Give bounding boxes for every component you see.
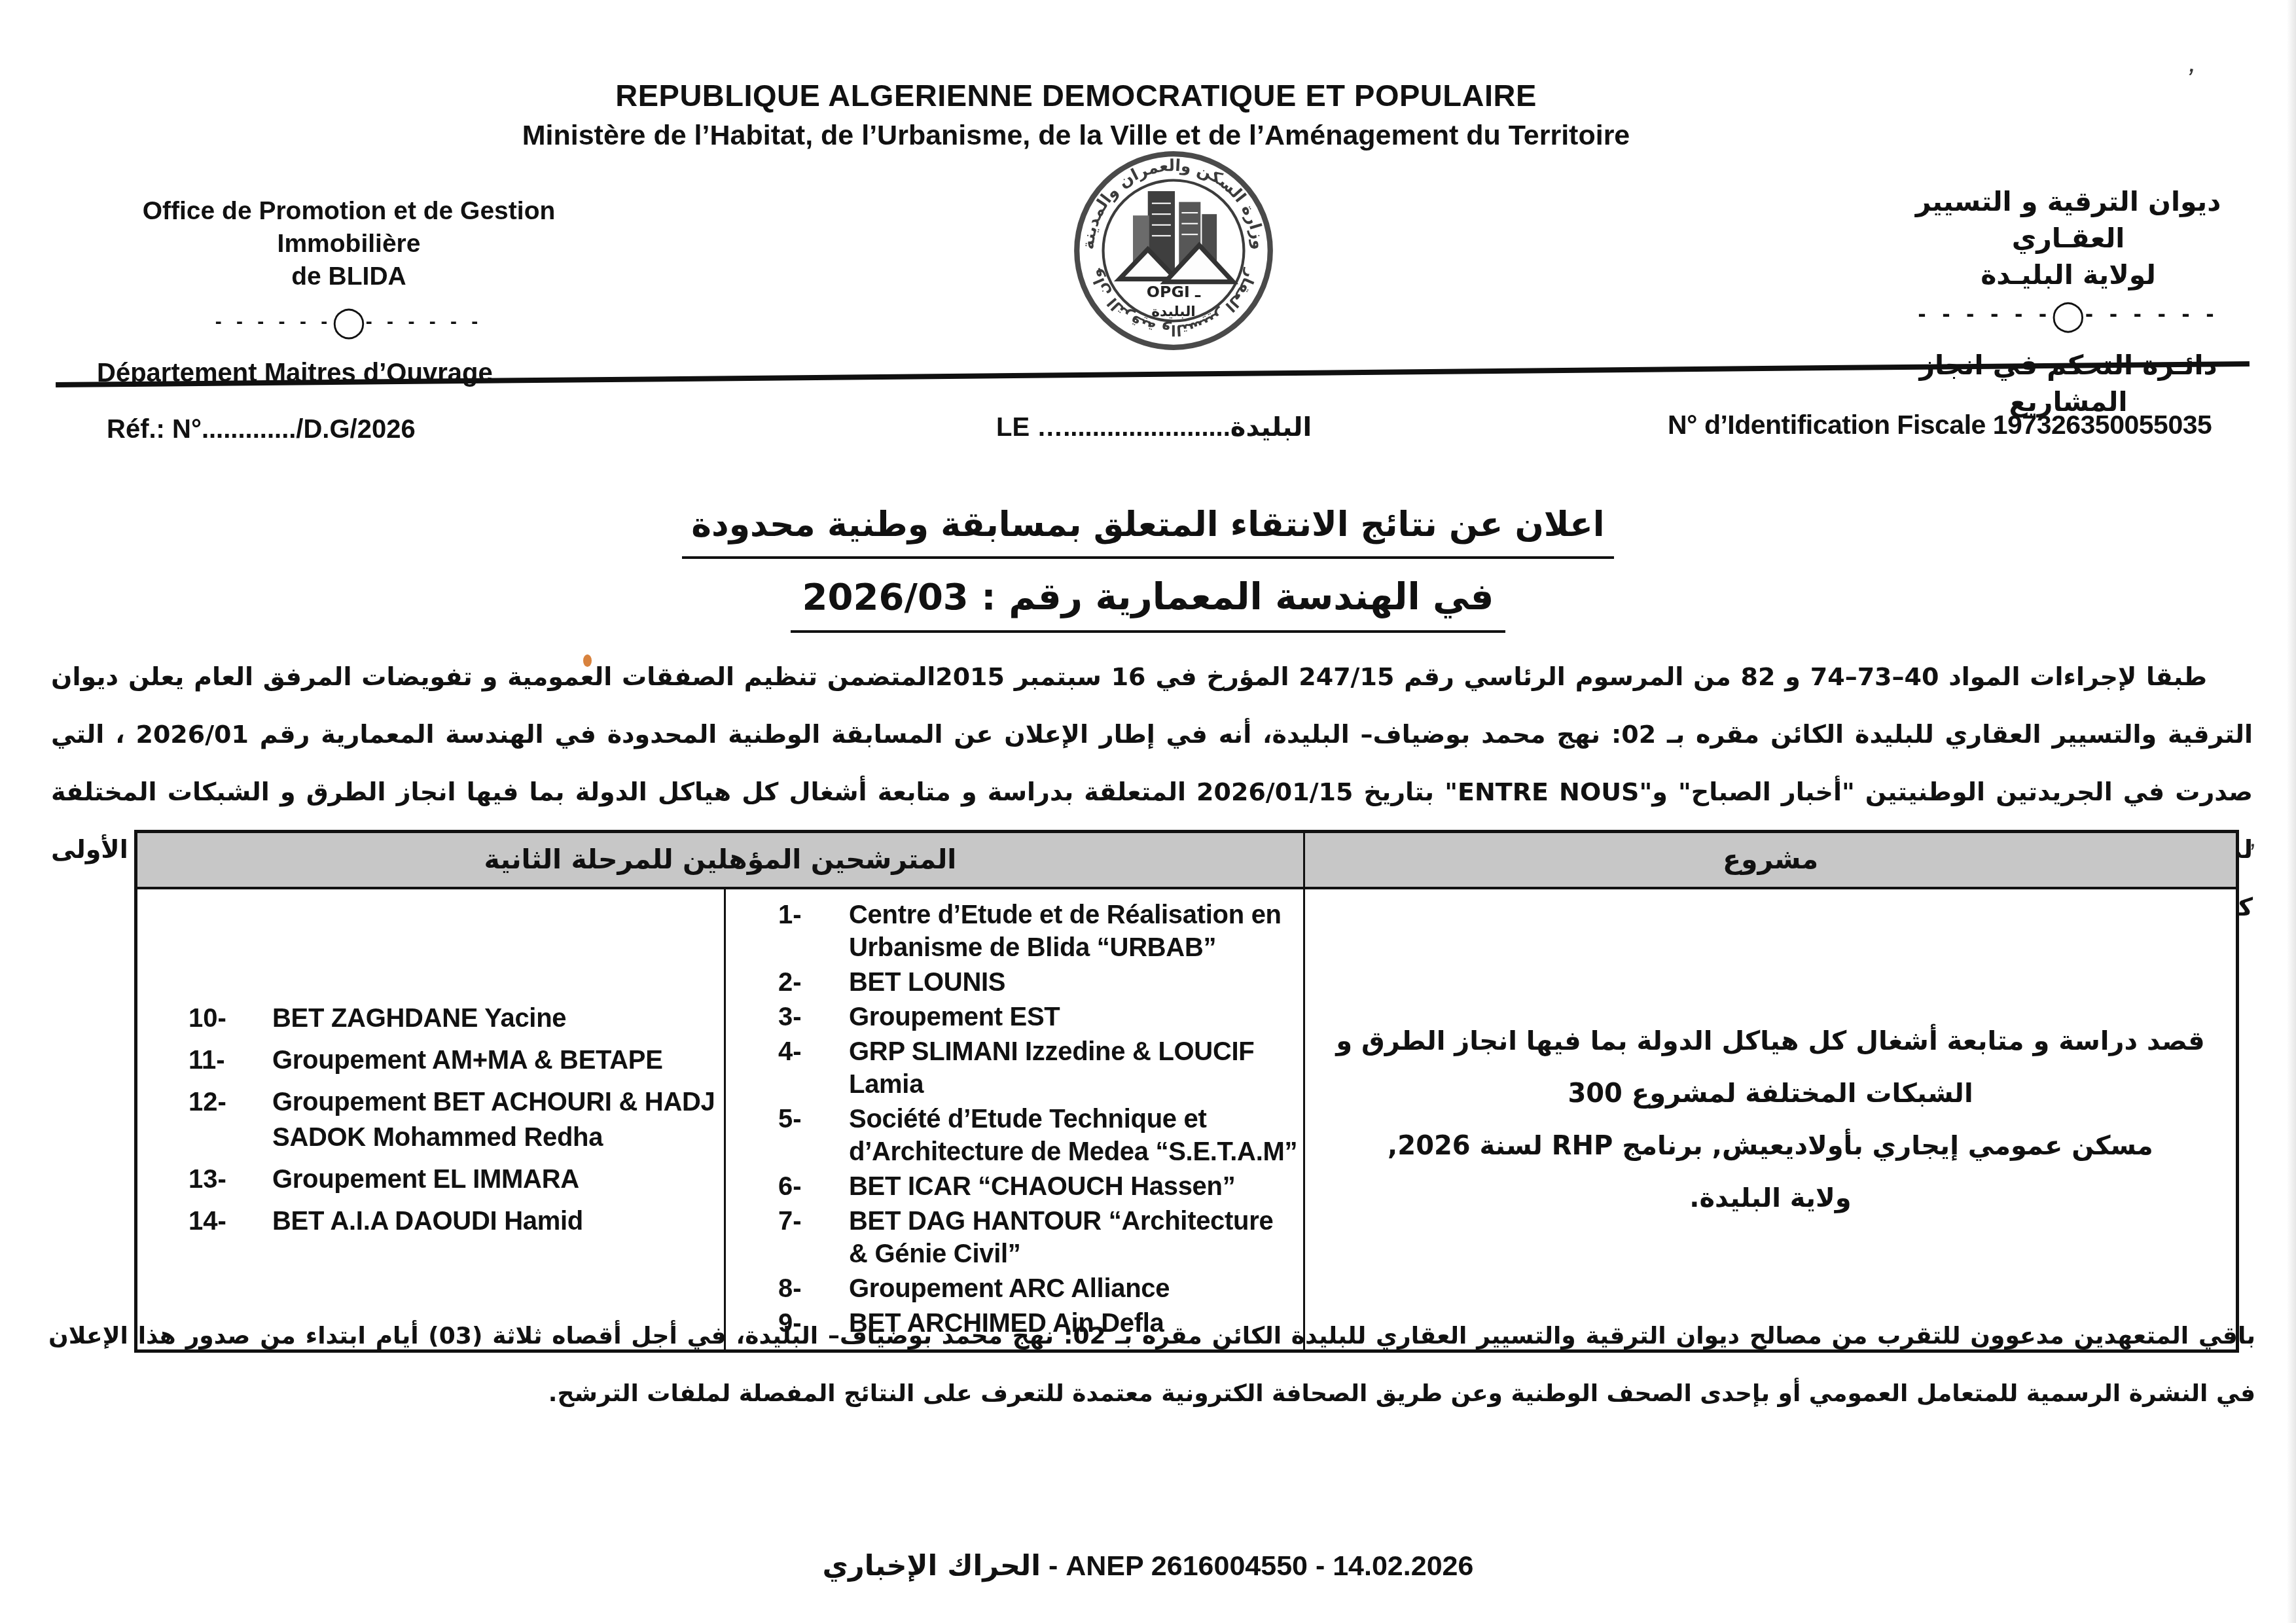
seal-city-text: البليدة <box>1151 304 1195 320</box>
separator-dashes: - - - - - - <box>215 311 332 332</box>
candidate-item: 3-Groupement EST <box>778 1001 1300 1033</box>
dash-circle-separator: - - - - - -◯- - - - - - <box>1878 297 2258 332</box>
candidate-item: 6-BET ICAR “CHAOUCH Hassen” <box>778 1170 1300 1203</box>
closing-paragraph: باقي المتعهدين مدعوون للتقرب من مصالح دي… <box>48 1308 2255 1423</box>
ministry-subtitle: Ministère de l’Habitat, de l’Urbanisme, … <box>0 120 2152 152</box>
item-text: Groupement BET ACHOURI & HADJ SADOK Moha… <box>272 1084 720 1155</box>
opgi-seal-logo: OPGI ـ البليدة وزارة السكن والعمران والم… <box>1072 149 1275 352</box>
project-line: قصد دراسة و متابعة أشغال كل هياكل الدولة… <box>1322 1015 2219 1120</box>
header-project-cell: مشروع <box>1303 833 2236 887</box>
seal-opgi-text: OPGI ـ <box>1147 283 1201 301</box>
item-number: 10- <box>188 1001 272 1036</box>
separator-dashes: - - - - - - <box>1918 304 2051 327</box>
scan-edge-shadow <box>2287 0 2296 1623</box>
scanned-announcement-page: REPUBLIQUE ALGERIENNE DEMOCRATIQUE ET PO… <box>0 0 2296 1623</box>
candidate-item: 7-BET DAG HANTOUR “Architecture & Génie … <box>778 1205 1300 1270</box>
item-number: 4- <box>778 1035 849 1101</box>
opgi-seal-icon: OPGI ـ البليدة وزارة السكن والعمران والم… <box>1072 149 1275 352</box>
anep-footer: الحراك الإخباري - ANEP 2616004550 - 14.0… <box>0 1550 2296 1582</box>
candidate-item: 10-BET ZAGHDANE Yacine <box>188 1001 720 1036</box>
candidates-column-1-9: 1-Centre d’Etude et de Réalisation en Ur… <box>724 889 1303 1349</box>
announcement-title-line2-wrap: في الهندسة المعمارية رقم : 2026/03 <box>0 576 2296 633</box>
scan-artifact-mark: ’ <box>2182 63 2197 96</box>
office-name-ar-line2: لولاية البليـدة <box>1878 257 2258 293</box>
office-name-line2: de BLIDA <box>97 260 601 293</box>
announcement-title-line2: في الهندسة المعمارية رقم : 2026/03 <box>791 576 1506 633</box>
item-number: 2- <box>778 966 849 999</box>
item-number: 1- <box>778 899 849 964</box>
candidate-item: 8-Groupement ARC Alliance <box>778 1272 1300 1305</box>
place-name-ar: البليدة <box>1230 412 1312 442</box>
separator-circle-icon: ◯ <box>332 304 365 338</box>
sender-block-fr: Office de Promotion et de Gestion Immobi… <box>97 195 601 388</box>
results-table-header: المترشحين المؤهلين للمرحلة الثانية مشروع <box>137 833 2236 889</box>
item-number: 7- <box>778 1205 849 1270</box>
announcement-title-line1-wrap: اعلان عن نتائج الانتقاء المتعلق بمسابقة … <box>0 505 2296 559</box>
candidate-item: 14-BET A.I.A DAOUDI Hamid <box>188 1204 720 1239</box>
item-number: 8- <box>778 1272 849 1305</box>
item-text: Groupement EST <box>849 1001 1300 1033</box>
item-number: 5- <box>778 1103 849 1168</box>
item-text: Société d’Etude Technique et d’Architect… <box>849 1103 1300 1168</box>
office-name-line1: Office de Promotion et de Gestion Immobi… <box>97 195 601 260</box>
item-number: 11- <box>188 1043 272 1078</box>
item-text: BET ZAGHDANE Yacine <box>272 1001 720 1036</box>
candidate-item: 13-Groupement EL IMMARA <box>188 1162 720 1197</box>
candidate-item: 4-GRP SLIMANI Izzedine & LOUCIF Lamia <box>778 1035 1300 1101</box>
office-name-ar-line1: ديوان الترقية و التسيير العقـاري <box>1878 183 2258 257</box>
item-number: 14- <box>188 1204 272 1239</box>
project-description-cell: قصد دراسة و متابعة أشغال كل هياكل الدولة… <box>1303 889 2236 1349</box>
item-text: GRP SLIMANI Izzedine & LOUCIF Lamia <box>849 1035 1300 1101</box>
item-text: Centre d’Etude et de Réalisation en Urba… <box>849 899 1300 964</box>
anep-reference: - ANEP 2616004550 - 14.02.2026 <box>1049 1550 1473 1582</box>
item-number: 13- <box>188 1162 272 1197</box>
newspaper-name-ar: الحراك الإخباري <box>823 1550 1041 1582</box>
item-number: 12- <box>188 1084 272 1155</box>
project-line: مسكن عمومي إيجاري بأولاديعيش, برنامج RHP… <box>1322 1120 2219 1172</box>
item-text: BET A.I.A DAOUDI Hamid <box>272 1204 720 1239</box>
separator-circle-icon: ◯ <box>2051 297 2085 332</box>
republic-title: REPUBLIQUE ALGERIENNE DEMOCRATIQUE ET PO… <box>0 77 2152 113</box>
header-candidates-cell: المترشحين المؤهلين للمرحلة الثانية <box>137 833 1303 887</box>
separator-dashes: - - - - - - <box>366 311 483 332</box>
date-dots: LE …....................... <box>996 413 1230 442</box>
item-text: Groupement ARC Alliance <box>849 1272 1300 1305</box>
item-text: BET ICAR “CHAOUCH Hassen” <box>849 1170 1300 1203</box>
candidates-column-10-14: 10-BET ZAGHDANE Yacine 11-Groupement AM+… <box>137 889 724 1349</box>
candidate-item: 12-Groupement BET ACHOURI & HADJ SADOK M… <box>188 1084 720 1155</box>
announcement-title-line1: اعلان عن نتائج الانتقاء المتعلق بمسابقة … <box>682 505 1613 559</box>
sender-block-ar: ديوان الترقية و التسيير العقـاري لولاية … <box>1878 183 2258 420</box>
item-text: BET LOUNIS <box>849 966 1300 999</box>
candidate-item: 2-BET LOUNIS <box>778 966 1300 999</box>
item-number: 3- <box>778 1001 849 1033</box>
item-number: 6- <box>778 1170 849 1203</box>
candidate-item: 5-Société d’Etude Technique et d’Archite… <box>778 1103 1300 1168</box>
item-text: BET DAG HANTOUR “Architecture & Génie Ci… <box>849 1205 1300 1270</box>
dash-circle-separator: - - - - - -◯- - - - - - <box>97 304 601 339</box>
results-table: المترشحين المؤهلين للمرحلة الثانية مشروع… <box>134 830 2239 1353</box>
fiscal-id-number: N° d’Identification Fiscale 197326350055… <box>1668 410 2212 440</box>
document-header: REPUBLIQUE ALGERIENNE DEMOCRATIQUE ET PO… <box>0 77 2152 152</box>
candidate-item: 1-Centre d’Etude et de Réalisation en Ur… <box>778 899 1300 964</box>
item-text: Groupement EL IMMARA <box>272 1162 720 1197</box>
candidate-item: 11-Groupement AM+MA & BETAPE <box>188 1043 720 1078</box>
place-date-line: LE ….......................البليدة <box>996 412 1312 442</box>
scan-artifact-dot <box>583 654 592 667</box>
reference-number: Réf.: N°............./D.G/2026 <box>107 415 416 444</box>
results-table-body: 10-BET ZAGHDANE Yacine 11-Groupement AM+… <box>137 889 2236 1349</box>
project-line: ولاية البليدة. <box>1322 1172 2219 1224</box>
separator-dashes: - - - - - - <box>2085 304 2219 327</box>
item-text: Groupement AM+MA & BETAPE <box>272 1043 720 1078</box>
